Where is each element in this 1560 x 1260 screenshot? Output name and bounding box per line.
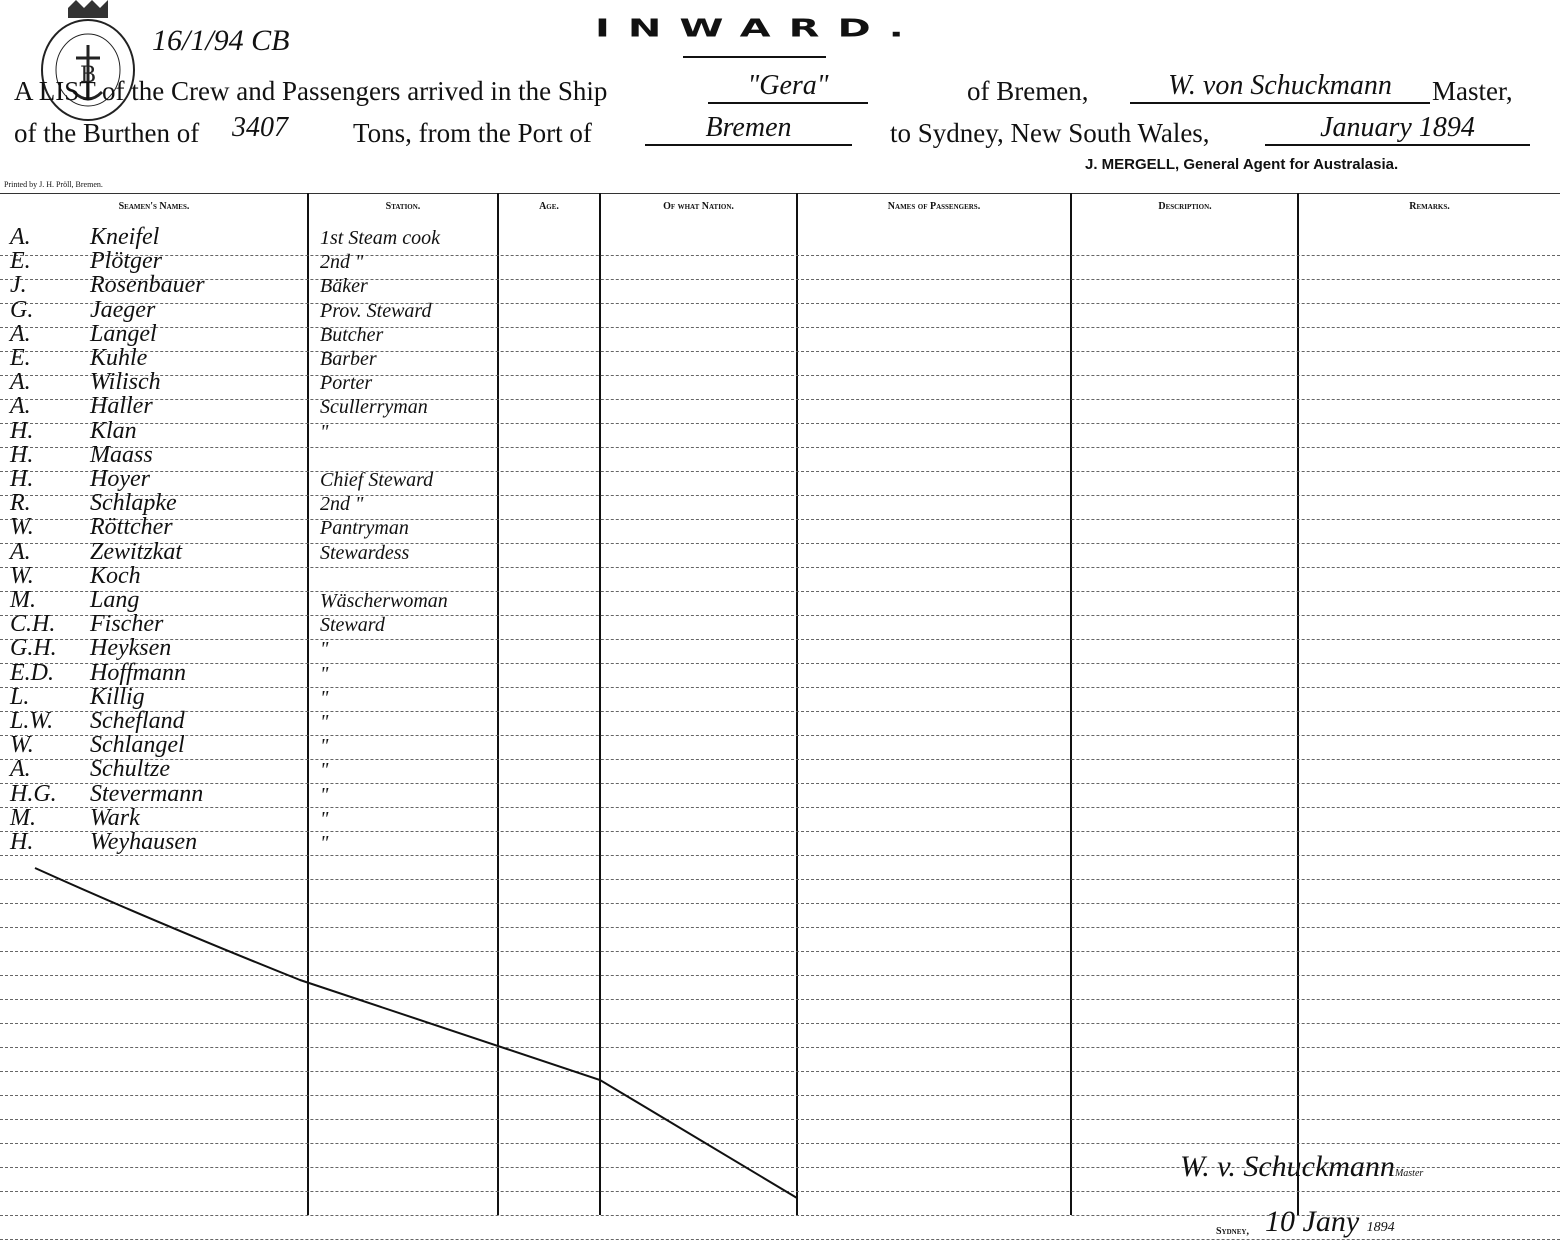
master-signature: W. v. SchuckmannMaster	[1180, 1150, 1423, 1184]
signed-place-label: Sydney,	[1216, 1226, 1249, 1237]
cancel-diagonal-line	[0, 0, 1560, 1260]
signed-date: 10 Jany 1894	[1265, 1205, 1395, 1239]
